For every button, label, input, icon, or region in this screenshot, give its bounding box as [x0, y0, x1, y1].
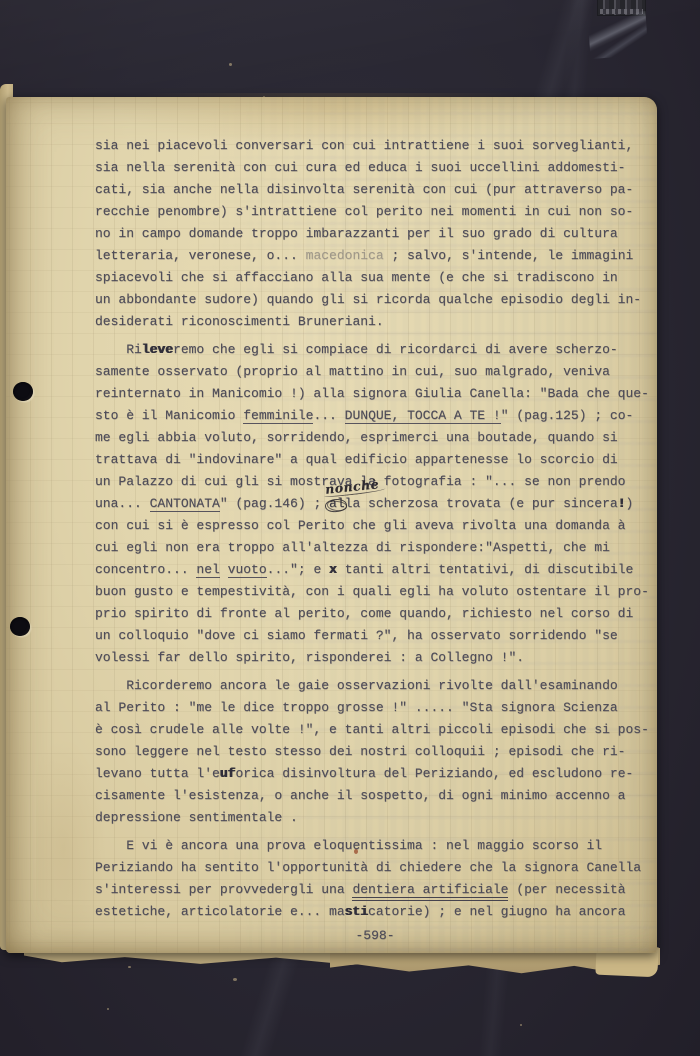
text-segment: buon gusto e tempestività, con i quali e…	[95, 584, 649, 599]
text-segment: al Perito : "me le dice troppo grosse !"…	[95, 700, 618, 715]
text-segment: no in campo domande troppo imbarazzanti …	[95, 226, 618, 241]
text-segment: sti	[345, 904, 368, 919]
text-segment: macedonica	[306, 248, 384, 263]
text-segment: E vi è ancora una prova eloquentissima :…	[95, 838, 602, 853]
text-segment: trattava di "indovinare" a qual edificio…	[95, 452, 618, 467]
text-segment: remo che egli si compiace di ricordarci …	[173, 342, 618, 357]
tape-glint	[588, 11, 649, 59]
text-line: cati, sia anche nella disinvolta serenit…	[95, 179, 655, 201]
text-line: reinternato in Manicomio !) alla signora…	[95, 383, 655, 405]
dust-speck	[229, 63, 232, 66]
text-line: cui egli non era troppo all'altezza di r…	[95, 537, 655, 559]
text-segment: sto è il Manicomio	[95, 408, 243, 423]
punch-hole-top	[13, 382, 33, 401]
text-line: spiacevoli che si affacciano alla sua me…	[95, 267, 655, 289]
page-number: -598-	[95, 925, 655, 947]
text-segment: Ri	[95, 342, 142, 357]
text-segment: cui egli non era troppo all'altezza di r…	[95, 540, 610, 555]
text-segment: dentiera artificiale	[352, 882, 508, 901]
text-segment: catorie) ; e nel giugno ha ancora	[368, 904, 625, 919]
text-segment: spiacevoli che si affacciano alla sua me…	[95, 270, 618, 285]
scanned-document-screenshot: { "colors": { "background": "#292732", "…	[0, 0, 700, 1056]
punch-hole-bottom	[10, 617, 30, 636]
text-segment: un colloquio "dove ci siamo fermati ?", …	[95, 628, 618, 643]
text-line: sia nei piacevoli conversari con cui int…	[95, 135, 655, 157]
text-line: letteraria, veronese, o... macedonica ; …	[95, 245, 655, 267]
text-line: recchie penombre) s'intrattiene col peri…	[95, 201, 655, 223]
text-line: un abbondante sudore) quando gli si rico…	[95, 289, 655, 311]
paragraph: sia nei piacevoli conversari con cui int…	[95, 135, 655, 333]
text-segment: letteraria, veronese, o...	[95, 248, 306, 263]
scan-background: sia nei piacevoli conversari con cui int…	[0, 0, 700, 1056]
text-segment: me egli abbia voluto, sorridendo, esprim…	[95, 430, 618, 445]
text-line: buon gusto e tempestività, con i quali e…	[95, 581, 655, 603]
dust-speck	[107, 1008, 109, 1010]
text-segment	[220, 562, 228, 577]
text-line: E vi è ancora una prova eloquentissima :…	[95, 835, 655, 857]
text-segment: )	[626, 496, 634, 511]
text-segment: ..."; e	[267, 562, 329, 577]
text-segment: leve	[142, 342, 173, 357]
text-line: samente osservato (proprio al mattino in…	[95, 361, 655, 383]
paragraph: Ricorderemo ancora le gaie osservazioni …	[95, 675, 655, 829]
text-line: è così crudele alle volte !", e tanti al…	[95, 719, 655, 741]
text-segment: DUNQUE, TOCCA A TE !	[345, 408, 501, 424]
text-segment: ...	[313, 408, 344, 423]
text-segment: reinternato in Manicomio !) alla signora…	[95, 386, 649, 401]
text-segment: cati, sia anche nella disinvolta serenit…	[95, 182, 633, 197]
text-segment: s'interessi per provvedergli una	[95, 882, 352, 897]
text-segment: tanti altri tentativi, di discutibile	[337, 562, 633, 577]
text-segment: desiderati riconoscimenti Bruneriani.	[95, 314, 384, 329]
paragraph: E vi è ancora una prova eloquentissima :…	[95, 835, 655, 923]
dust-speck	[233, 978, 237, 981]
text-line: sono leggere nel testo stesso dei nostri…	[95, 741, 655, 763]
paragraph: Rileveremo che egli si compiace di ricor…	[95, 339, 655, 669]
text-line: levano tutta l'euforica disinvoltura del…	[95, 763, 655, 785]
text-line: estetiche, articolatorie e... masticator…	[95, 901, 655, 923]
text-line: prio spirito di fronte al perito, come q…	[95, 603, 655, 625]
text-segment: nel	[196, 562, 219, 578]
text-line: una... CANTONATA" (pag.146) ; alnonchèla…	[95, 493, 655, 515]
text-segment: !	[618, 496, 626, 511]
text-segment: Periziando ha sentito l'opportunità di c…	[95, 860, 641, 875]
text-segment: samente osservato (proprio al mattino in…	[95, 364, 610, 379]
text-segment: " (pag.146) ;	[220, 496, 329, 511]
text-segment: levano tutta l'e	[95, 766, 220, 781]
text-segment: sia nella serenità con cui cura ed educa…	[95, 160, 626, 175]
typed-text: sia nei piacevoli conversari con cui int…	[95, 135, 655, 923]
text-segment: femminile	[243, 408, 313, 424]
text-segment: ; salvo, s'intende, le immagini	[384, 248, 634, 263]
text-segment: la scherzosa trovata (e pur sincera	[345, 496, 618, 511]
text-segment: Ricorderemo ancora le gaie osservazioni …	[95, 678, 618, 693]
text-line: Rileveremo che egli si compiace di ricor…	[95, 339, 655, 361]
dust-speck	[520, 1024, 522, 1026]
text-segment: prio spirito di fronte al perito, come q…	[95, 606, 633, 621]
text-line: volessi far dello spirito, risponderei :…	[95, 647, 655, 669]
text-segment: (per necessità	[508, 882, 625, 897]
text-segment: un abbondante sudore) quando gli si rico…	[95, 292, 641, 307]
text-line: cisamente l'esistenza, o anche il sospet…	[95, 785, 655, 807]
text-line: concentro... nel vuoto..."; e x tanti al…	[95, 559, 655, 581]
text-line: me egli abbia voluto, sorridendo, esprim…	[95, 427, 655, 449]
text-segment: depressione sentimentale .	[95, 810, 298, 825]
text-segment: con cui si è espresso col Perito che gli…	[95, 518, 626, 533]
text-line: sia nella serenità con cui cura ed educa…	[95, 157, 655, 179]
text-segment: x	[329, 562, 337, 577]
text-segment: uf	[220, 766, 236, 781]
text-line: Ricorderemo ancora le gaie osservazioni …	[95, 675, 655, 697]
text-line: sto è il Manicomio femminile... DUNQUE, …	[95, 405, 655, 427]
text-segment: sono leggere nel testo stesso dei nostri…	[95, 744, 626, 759]
struck-word: alnonchè	[329, 496, 345, 511]
text-segment: orica disinvoltura del Periziando, ed es…	[235, 766, 633, 781]
text-line: no in campo domande troppo imbarazzanti …	[95, 223, 655, 245]
text-line: con cui si è espresso col Perito che gli…	[95, 515, 655, 537]
text-segment: concentro...	[95, 562, 196, 577]
text-segment: è così crudele alle volte !", e tanti al…	[95, 722, 649, 737]
text-line: Periziando ha sentito l'opportunità di c…	[95, 857, 655, 879]
text-segment: cisamente l'esistenza, o anche il sospet…	[95, 788, 626, 803]
text-segment: " (pag.125) ; co-	[501, 408, 634, 423]
text-segment: CANTONATA	[150, 496, 220, 512]
text-segment: una...	[95, 496, 150, 511]
text-segment: sia nei piacevoli conversari con cui int…	[95, 138, 633, 153]
dust-speck	[128, 966, 131, 968]
text-line: desiderati riconoscimenti Bruneriani.	[95, 311, 655, 333]
text-line: un colloquio "dove ci siamo fermati ?", …	[95, 625, 655, 647]
document-page: sia nei piacevoli conversari con cui int…	[6, 97, 657, 953]
text-segment: volessi far dello spirito, risponderei :…	[95, 650, 524, 665]
text-segment: recchie penombre) s'intrattiene col peri…	[95, 204, 633, 219]
text-segment: vuoto	[228, 562, 267, 578]
text-line: al Perito : "me le dice troppo grosse !"…	[95, 697, 655, 719]
text-line: trattava di "indovinare" a qual edificio…	[95, 449, 655, 471]
text-line: s'interessi per provvedergli una dentier…	[95, 879, 655, 901]
text-line: depressione sentimentale .	[95, 807, 655, 829]
text-segment: estetiche, articolatorie e... ma	[95, 904, 345, 919]
handwritten-note: nonchè	[325, 478, 380, 496]
